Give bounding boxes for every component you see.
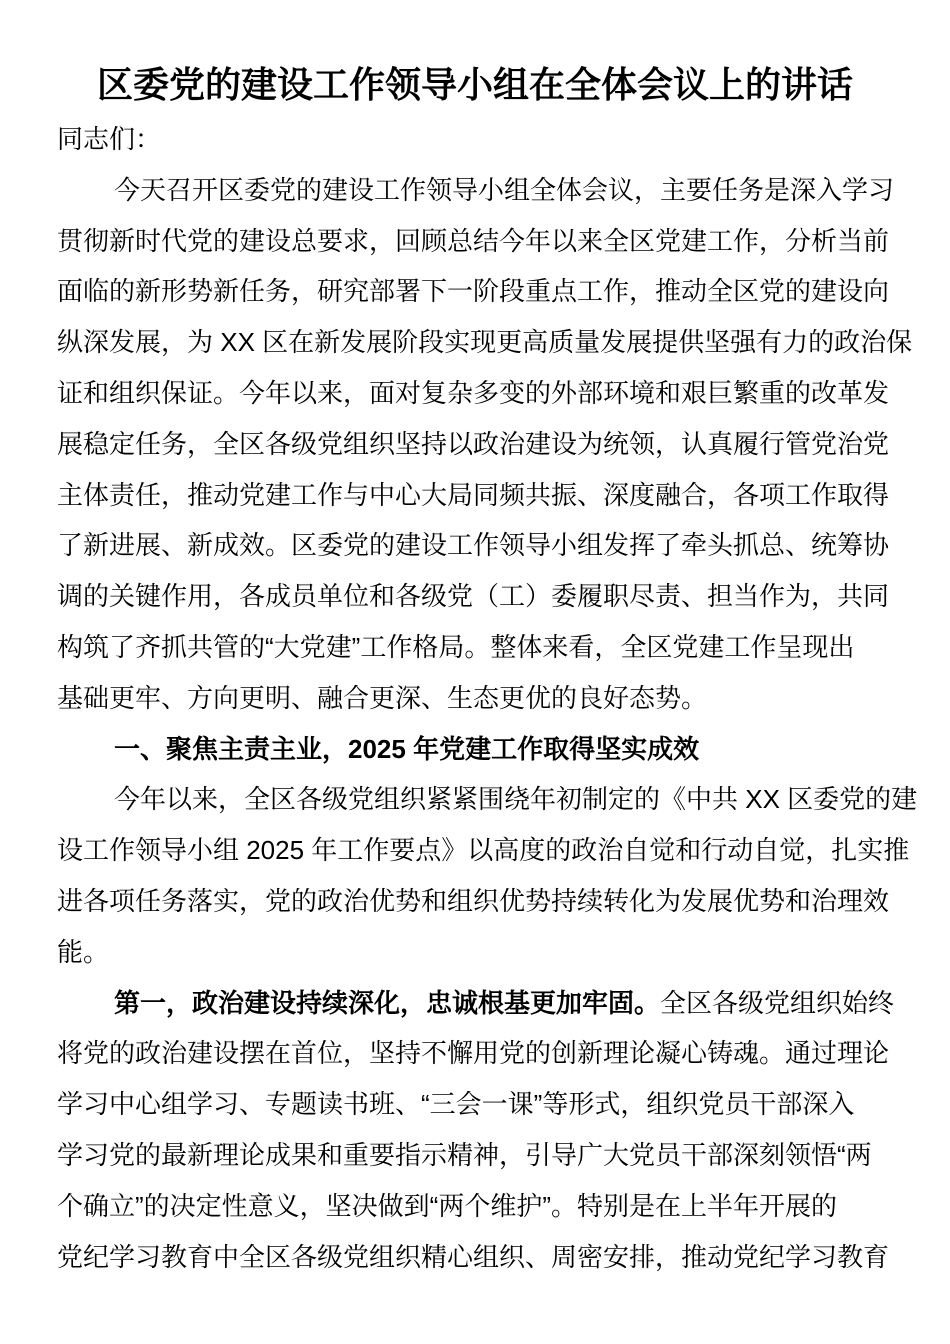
text-run: 同志们： xyxy=(57,124,161,154)
text-run: 展稳定任务，全区各级党组织坚持以政治建设为统领，认真履行管党治党 xyxy=(57,429,889,459)
text-run: 能。 xyxy=(57,937,109,967)
text-run: 基础更牢、方向更明、融合更深、生态更优的良好态势。 xyxy=(57,683,707,713)
greeting-line: 同志们： xyxy=(57,114,893,165)
text-line: 个确立”的决定性意义，坚决做到“两个维护”。特别是在上半年开展的 xyxy=(57,1181,893,1232)
text-line: 构筑了齐抓共管的“大党建”工作格局。整体来看，全区党建工作呈现出 xyxy=(57,622,893,673)
text-line: 面临的新形势新任务，研究部署下一阶段重点工作，推动全区党的建设向 xyxy=(57,266,893,317)
text-line: 今年以来，全区各级党组织紧紧围绕年初制定的《中共 XX 区委党的建 xyxy=(57,774,893,825)
text-run: 党纪学习教育中全区各级党组织精心组织、周密安排，推动党纪学习教育 xyxy=(57,1242,889,1272)
text-run: 进各项任务落实，党的政治优势和组织优势持续转化为发展优势和治理效 xyxy=(57,886,889,916)
text-run: 调的关键作用，各成员单位和各级党（工）委履职尽责、担当作为，共同 xyxy=(57,581,889,611)
text-line: 第一，政治建设持续深化，忠诚根基更加牢固。全区各级党组织始终 xyxy=(57,978,893,1029)
text-line: 党纪学习教育中全区各级党组织精心组织、周密安排，推动党纪学习教育 xyxy=(57,1232,893,1283)
text-line: 调的关键作用，各成员单位和各级党（工）委履职尽责、担当作为，共同 xyxy=(57,571,893,622)
text-run: 将党的政治建设摆在首位，坚持不懈用党的创新理论凝心铸魂。通过理论 xyxy=(57,1038,889,1068)
text-run: 设工作领导小组 2025 年工作要点》以高度的政治自觉和行动自觉，扎实推 xyxy=(57,835,909,865)
text-line: 设工作领导小组 2025 年工作要点》以高度的政治自觉和行动自觉，扎实推 xyxy=(57,825,893,876)
section-heading: 一、聚焦主责主业，2025 年党建工作取得坚实成效 xyxy=(57,724,893,775)
bold-text-run: 一、聚焦主责主业，2025 年党建工作取得坚实成效 xyxy=(114,734,699,764)
text-line: 展稳定任务，全区各级党组织坚持以政治建设为统领，认真履行管党治党 xyxy=(57,419,893,470)
text-line: 今天召开区委党的建设工作领导小组全体会议，主要任务是深入学习 xyxy=(57,165,893,216)
text-line: 主体责任，推动党建工作与中心大局同频共振、深度融合，各项工作取得 xyxy=(57,470,893,521)
bold-text-run: 第一，政治建设持续深化，忠诚根基更加牢固。 xyxy=(114,988,660,1018)
text-run: 证和组织保证。今年以来，面对复杂多变的外部环境和艰巨繁重的改革发 xyxy=(57,378,889,408)
document-title: 区委党的建设工作领导小组在全体会议上的讲话 xyxy=(57,62,893,108)
text-run: 贯彻新时代党的建设总要求，回顾总结今年以来全区党建工作，分析当前 xyxy=(57,226,889,256)
text-run: 了新进展、新成效。区委党的建设工作领导小组发挥了牵头抓总、统筹协 xyxy=(57,530,889,560)
text-line: 基础更牢、方向更明、融合更深、生态更优的良好态势。 xyxy=(57,673,893,724)
text-run: 面临的新形势新任务，研究部署下一阶段重点工作，推动全区党的建设向 xyxy=(57,276,889,306)
text-line: 将党的政治建设摆在首位，坚持不懈用党的创新理论凝心铸魂。通过理论 xyxy=(57,1028,893,1079)
text-run: 学习中心组学习、专题读书班、“三会一课”等形式，组织党员干部深入 xyxy=(57,1089,854,1119)
text-line: 纵深发展，为 XX 区在新发展阶段实现更高质量发展提供坚强有力的政治保 xyxy=(57,317,893,368)
text-line: 能。 xyxy=(57,927,893,978)
text-run: 个确立”的决定性意义，坚决做到“两个维护”。特别是在上半年开展的 xyxy=(57,1191,837,1221)
text-line: 了新进展、新成效。区委党的建设工作领导小组发挥了牵头抓总、统筹协 xyxy=(57,520,893,571)
text-run: 今年以来，全区各级党组织紧紧围绕年初制定的《中共 XX 区委党的建 xyxy=(114,784,917,814)
text-run: 学习党的最新理论成果和重要指示精神，引导广大党员干部深刻领悟“两 xyxy=(57,1140,872,1170)
text-run: 纵深发展，为 XX 区在新发展阶段实现更高质量发展提供坚强有力的政治保 xyxy=(57,327,912,357)
document-page: 区委党的建设工作领导小组在全体会议上的讲话 同志们：今天召开区委党的建设工作领导… xyxy=(0,0,950,1344)
text-run: 主体责任，推动党建工作与中心大局同频共振、深度融合，各项工作取得 xyxy=(57,480,889,510)
text-line: 贯彻新时代党的建设总要求，回顾总结今年以来全区党建工作，分析当前 xyxy=(57,216,893,267)
text-run: 今天召开区委党的建设工作领导小组全体会议，主要任务是深入学习 xyxy=(114,175,894,205)
text-line: 进各项任务落实，党的政治优势和组织优势持续转化为发展优势和治理效 xyxy=(57,876,893,927)
text-line: 证和组织保证。今年以来，面对复杂多变的外部环境和艰巨繁重的改革发 xyxy=(57,368,893,419)
text-run: 构筑了齐抓共管的“大党建”工作格局。整体来看，全区党建工作呈现出 xyxy=(57,632,854,662)
text-line: 学习党的最新理论成果和重要指示精神，引导广大党员干部深刻领悟“两 xyxy=(57,1130,893,1181)
text-line: 学习中心组学习、专题读书班、“三会一课”等形式，组织党员干部深入 xyxy=(57,1079,893,1130)
document-body: 同志们：今天召开区委党的建设工作领导小组全体会议，主要任务是深入学习贯彻新时代党… xyxy=(57,114,893,1282)
text-run: 全区各级党组织始终 xyxy=(660,988,894,1018)
